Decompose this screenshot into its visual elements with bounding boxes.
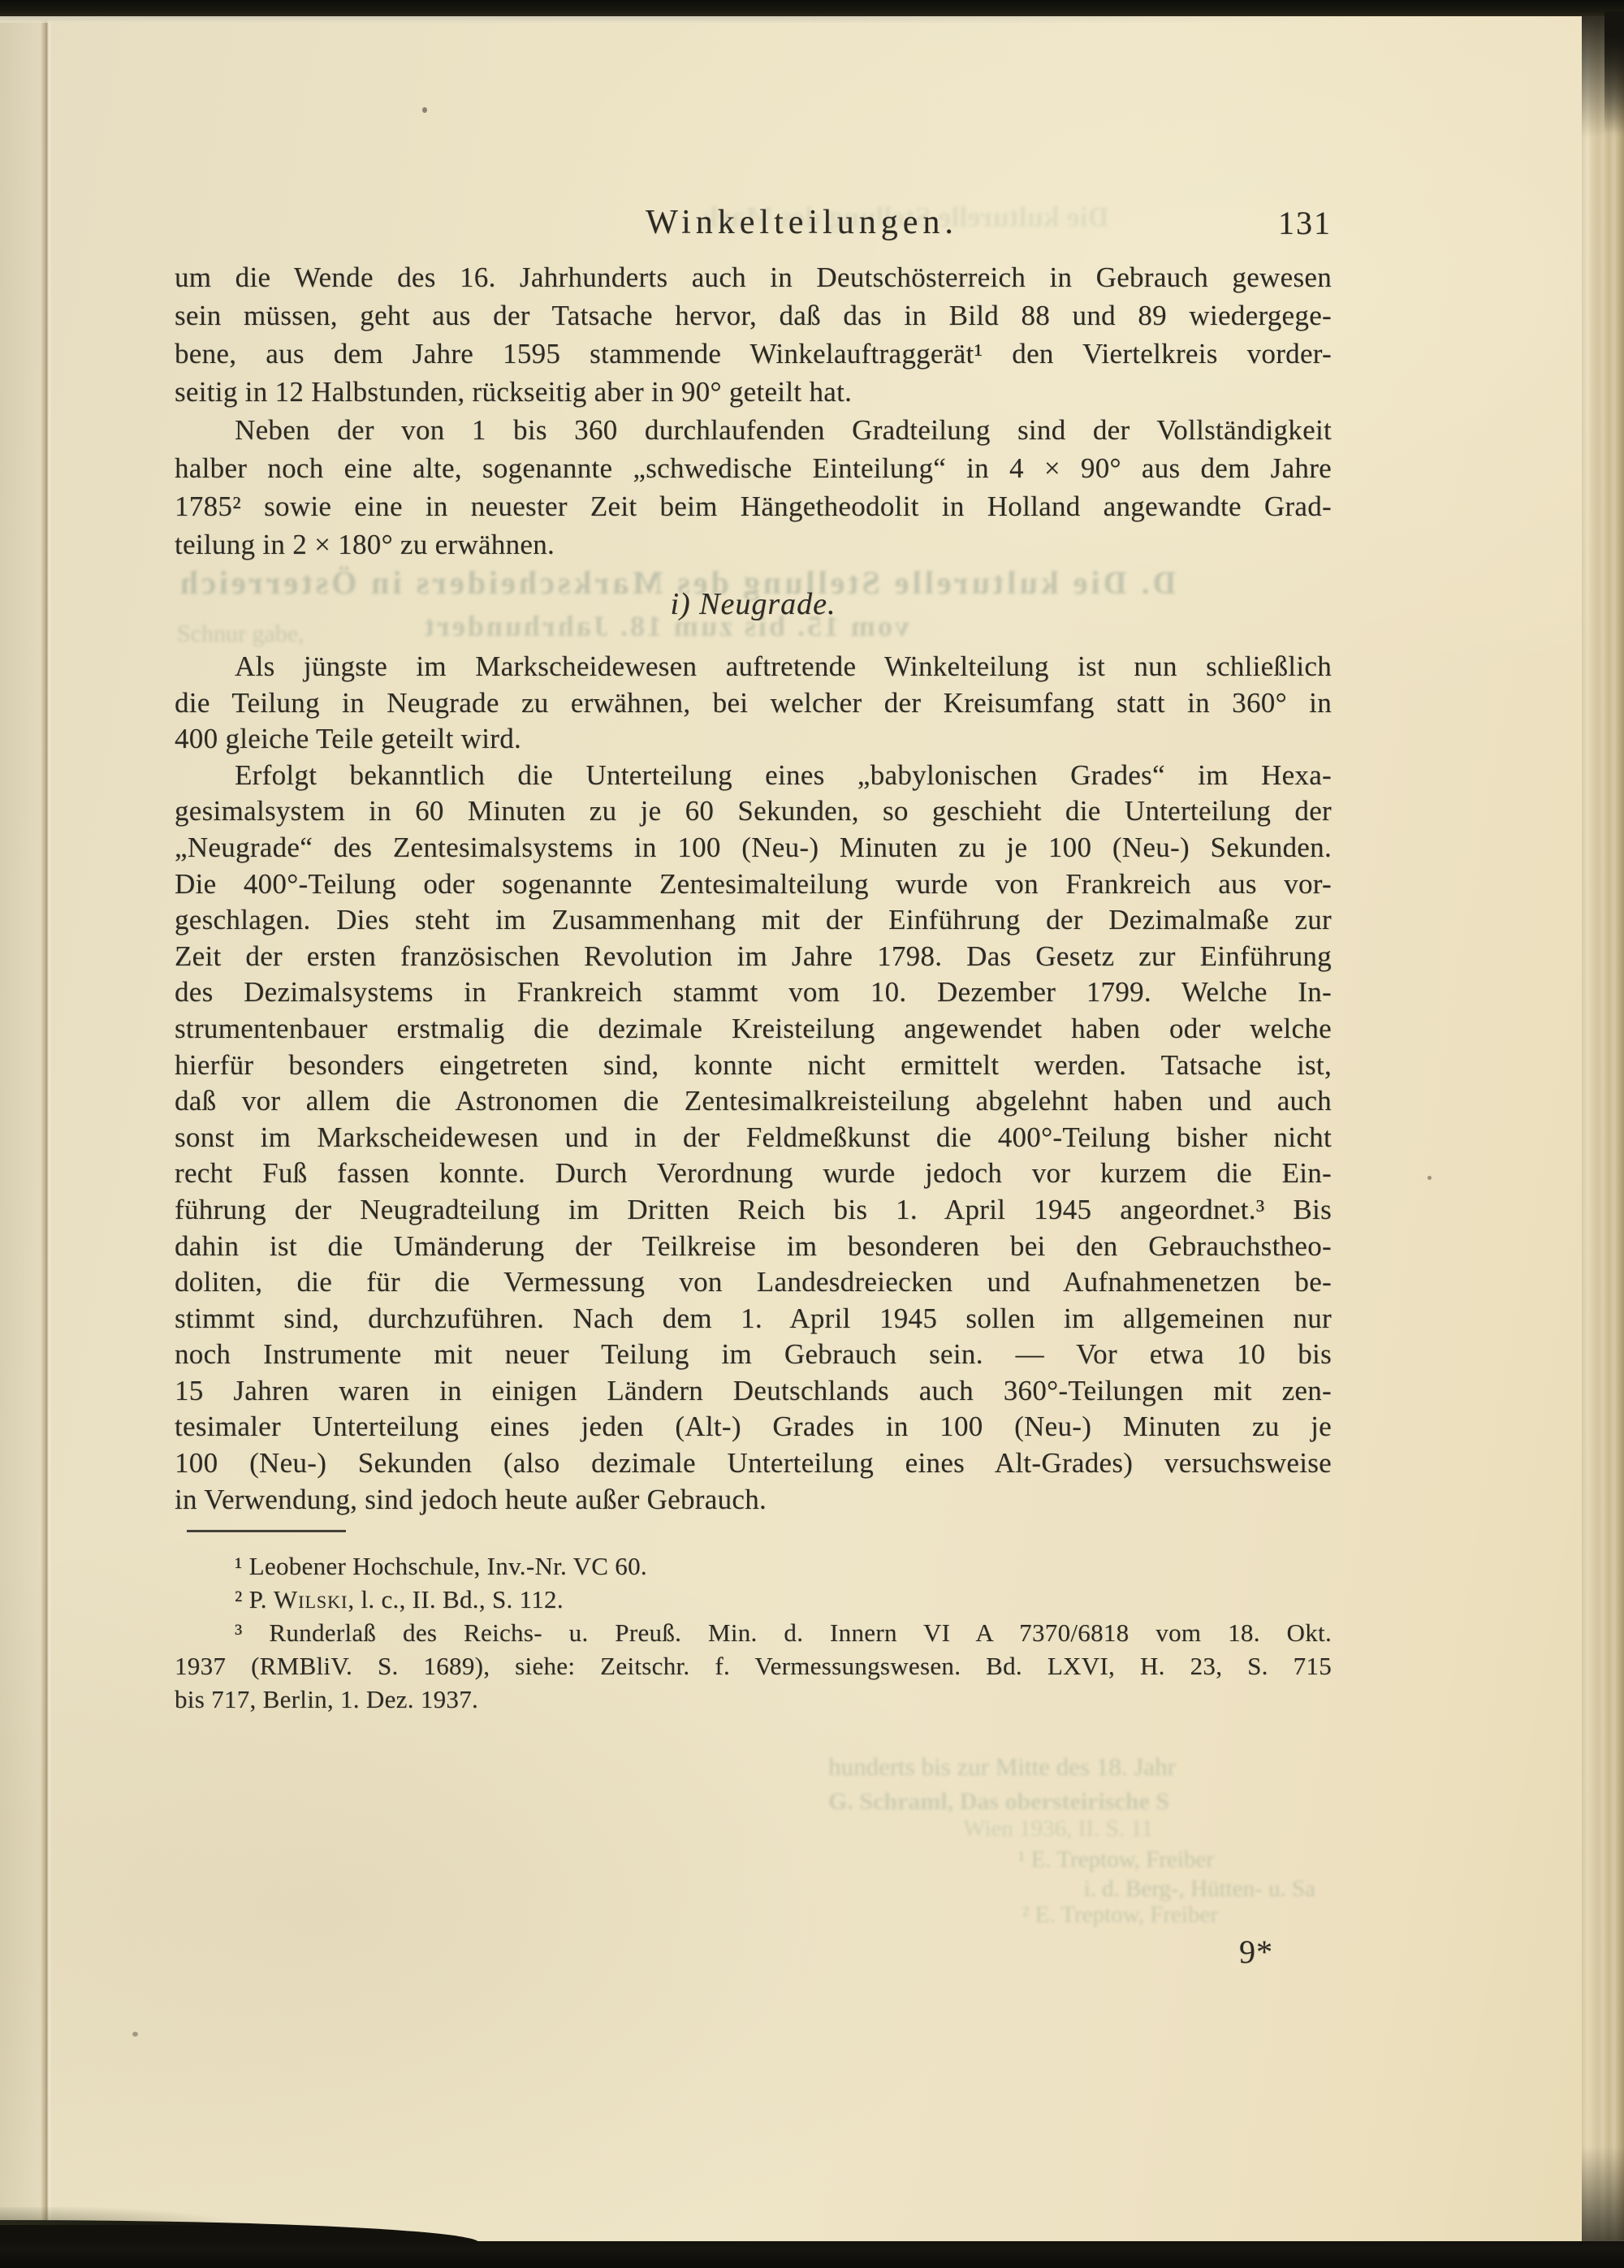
cover-edge-bottom (0, 2241, 1624, 2268)
text-line: 1785² sowie eine in neuester Zeit beim H… (175, 487, 1332, 525)
text-line: hierfür besonders eingetreten sind, konn… (175, 1048, 1332, 1084)
ghost-line: ¹ E. Treptow, Freiber (1018, 1847, 1214, 1873)
footnotes-block: ¹ Leobener Hochschule, Inv.-Nr. VC 60.² … (175, 1549, 1332, 1716)
book-scan-page: Die kulturelle Stellung des Mark D. Die … (0, 0, 1624, 2268)
body-text-block-2: Als jüngste im Markscheidewesen auftrete… (175, 649, 1332, 1518)
text-line: Als jüngste im Markscheidewesen auftrete… (175, 649, 1332, 685)
page-title: Winkelteilungen. (175, 203, 1332, 242)
text-line: ¹ Leobener Hochschule, Inv.-Nr. VC 60. (175, 1549, 1332, 1583)
text-line: 15 Jahren waren in einigen Ländern Deuts… (175, 1373, 1332, 1410)
text-line: bene, aus dem Jahre 1595 stammende Winke… (175, 335, 1332, 373)
gutter-shade (0, 16, 44, 2244)
text-line: stimmt sind, durchzuführen. Nach dem 1. … (175, 1301, 1332, 1337)
text-line: ² P. Wilski, l. c., II. Bd., S. 112. (175, 1583, 1332, 1616)
text-line: bis 717, Berlin, 1. Dez. 1937. (175, 1683, 1332, 1716)
ghost-line: hunderts bis zur Mitte des 18. Jahr (828, 1752, 1176, 1782)
cover-edge-top (0, 0, 1624, 16)
page-top-edge-highlight (0, 16, 1421, 23)
text-line: sein müssen, geht aus der Tatsache hervo… (175, 296, 1332, 335)
text-line: „Neugrade“ des Zentesimalsystems in 100 … (175, 830, 1332, 866)
ghost-line: Schnur gabe, (177, 620, 304, 648)
text-line: 100 (Neu-) Sekunden (also dezimale Unter… (175, 1445, 1332, 1482)
ghost-line: G. Schraml, Das obersteirische S (828, 1788, 1169, 1816)
text-line: sonst im Markscheidewesen und in der Fel… (175, 1120, 1332, 1156)
fore-edge-page-stack (1582, 18, 1624, 2240)
fore-edge-bottom-shadow (1582, 2146, 1624, 2244)
ghost-line: Wien 1936, II. S. 11 (963, 1816, 1153, 1842)
text-line: 1937 (RMBliV. S. 1689), siehe: Zeitschr.… (175, 1649, 1332, 1683)
text-line: des Dezimalsystems in Frankreich stammt … (175, 974, 1332, 1011)
text-line: Neben der von 1 bis 360 durchlaufenden G… (175, 411, 1332, 449)
paper-speck (1427, 1176, 1432, 1180)
footnote-separator-rule (187, 1530, 346, 1532)
text-line: teilung in 2 × 180° zu erwähnen. (175, 525, 1332, 564)
text-line: 400 gleiche Teile geteilt wird. (175, 721, 1332, 758)
text-line: Zeit der ersten französischen Revolution… (175, 939, 1332, 975)
text-line: ³ Runderlaß des Reichs- u. Preuß. Min. d… (175, 1616, 1332, 1649)
text-line: strumentenbauer erstmalig die dezimale K… (175, 1011, 1332, 1048)
signature-mark: 9* (1239, 1933, 1273, 1971)
paper-speck (422, 107, 427, 113)
text-line: in Verwendung, sind jedoch heute außer G… (175, 1482, 1332, 1518)
text-line: Die 400°-Teilung oder sogenannte Zentesi… (175, 866, 1332, 903)
text-line: recht Fuß fassen konnte. Durch Verordnun… (175, 1156, 1332, 1192)
text-line: tesimaler Unterteilung eines jeden (Alt-… (175, 1409, 1332, 1445)
paper-speck (132, 2032, 138, 2037)
top-right-cover-corner (1605, 11, 1624, 133)
ghost-line: ² E. Treptow, Freiber (1022, 1902, 1218, 1929)
text-line: seitig in 12 Halbstunden, rückseitig abe… (175, 373, 1332, 411)
text-line: die Teilung in Neugrade zu erwähnen, bei… (175, 685, 1332, 722)
text-line: gesimalsystem in 60 Minuten zu je 60 Sek… (175, 793, 1332, 830)
text-line: Erfolgt bekanntlich die Unterteilung ein… (175, 758, 1332, 794)
running-head: Winkelteilungen. 131 (175, 203, 1332, 244)
section-heading: i) Neugrade. (175, 586, 1332, 622)
text-line: um die Wende des 16. Jahrhunderts auch i… (175, 258, 1332, 296)
ghost-line: i. d. Berg-, Hütten- u. Sa (1084, 1876, 1315, 1903)
page-number: 131 (1278, 204, 1332, 242)
text-line: führung der Neugradteilung im Dritten Re… (175, 1192, 1332, 1229)
page-paper: Die kulturelle Stellung des Mark D. Die … (0, 16, 1624, 2244)
page-crease (41, 19, 52, 2227)
body-text-block-1: um die Wende des 16. Jahrhunderts auch i… (175, 258, 1332, 564)
text-line: daß vor allem die Astronomen die Zentesi… (175, 1083, 1332, 1120)
text-line: halber noch eine alte, sogenannte „schwe… (175, 449, 1332, 487)
text-line: dahin ist die Umänderung der Teilkreise … (175, 1229, 1332, 1265)
text-line: noch Instrumente mit neuer Teilung im Ge… (175, 1337, 1332, 1373)
text-line: geschlagen. Dies steht im Zusammenhang m… (175, 902, 1332, 939)
text-line: doliten, die für die Vermessung von Land… (175, 1264, 1332, 1301)
